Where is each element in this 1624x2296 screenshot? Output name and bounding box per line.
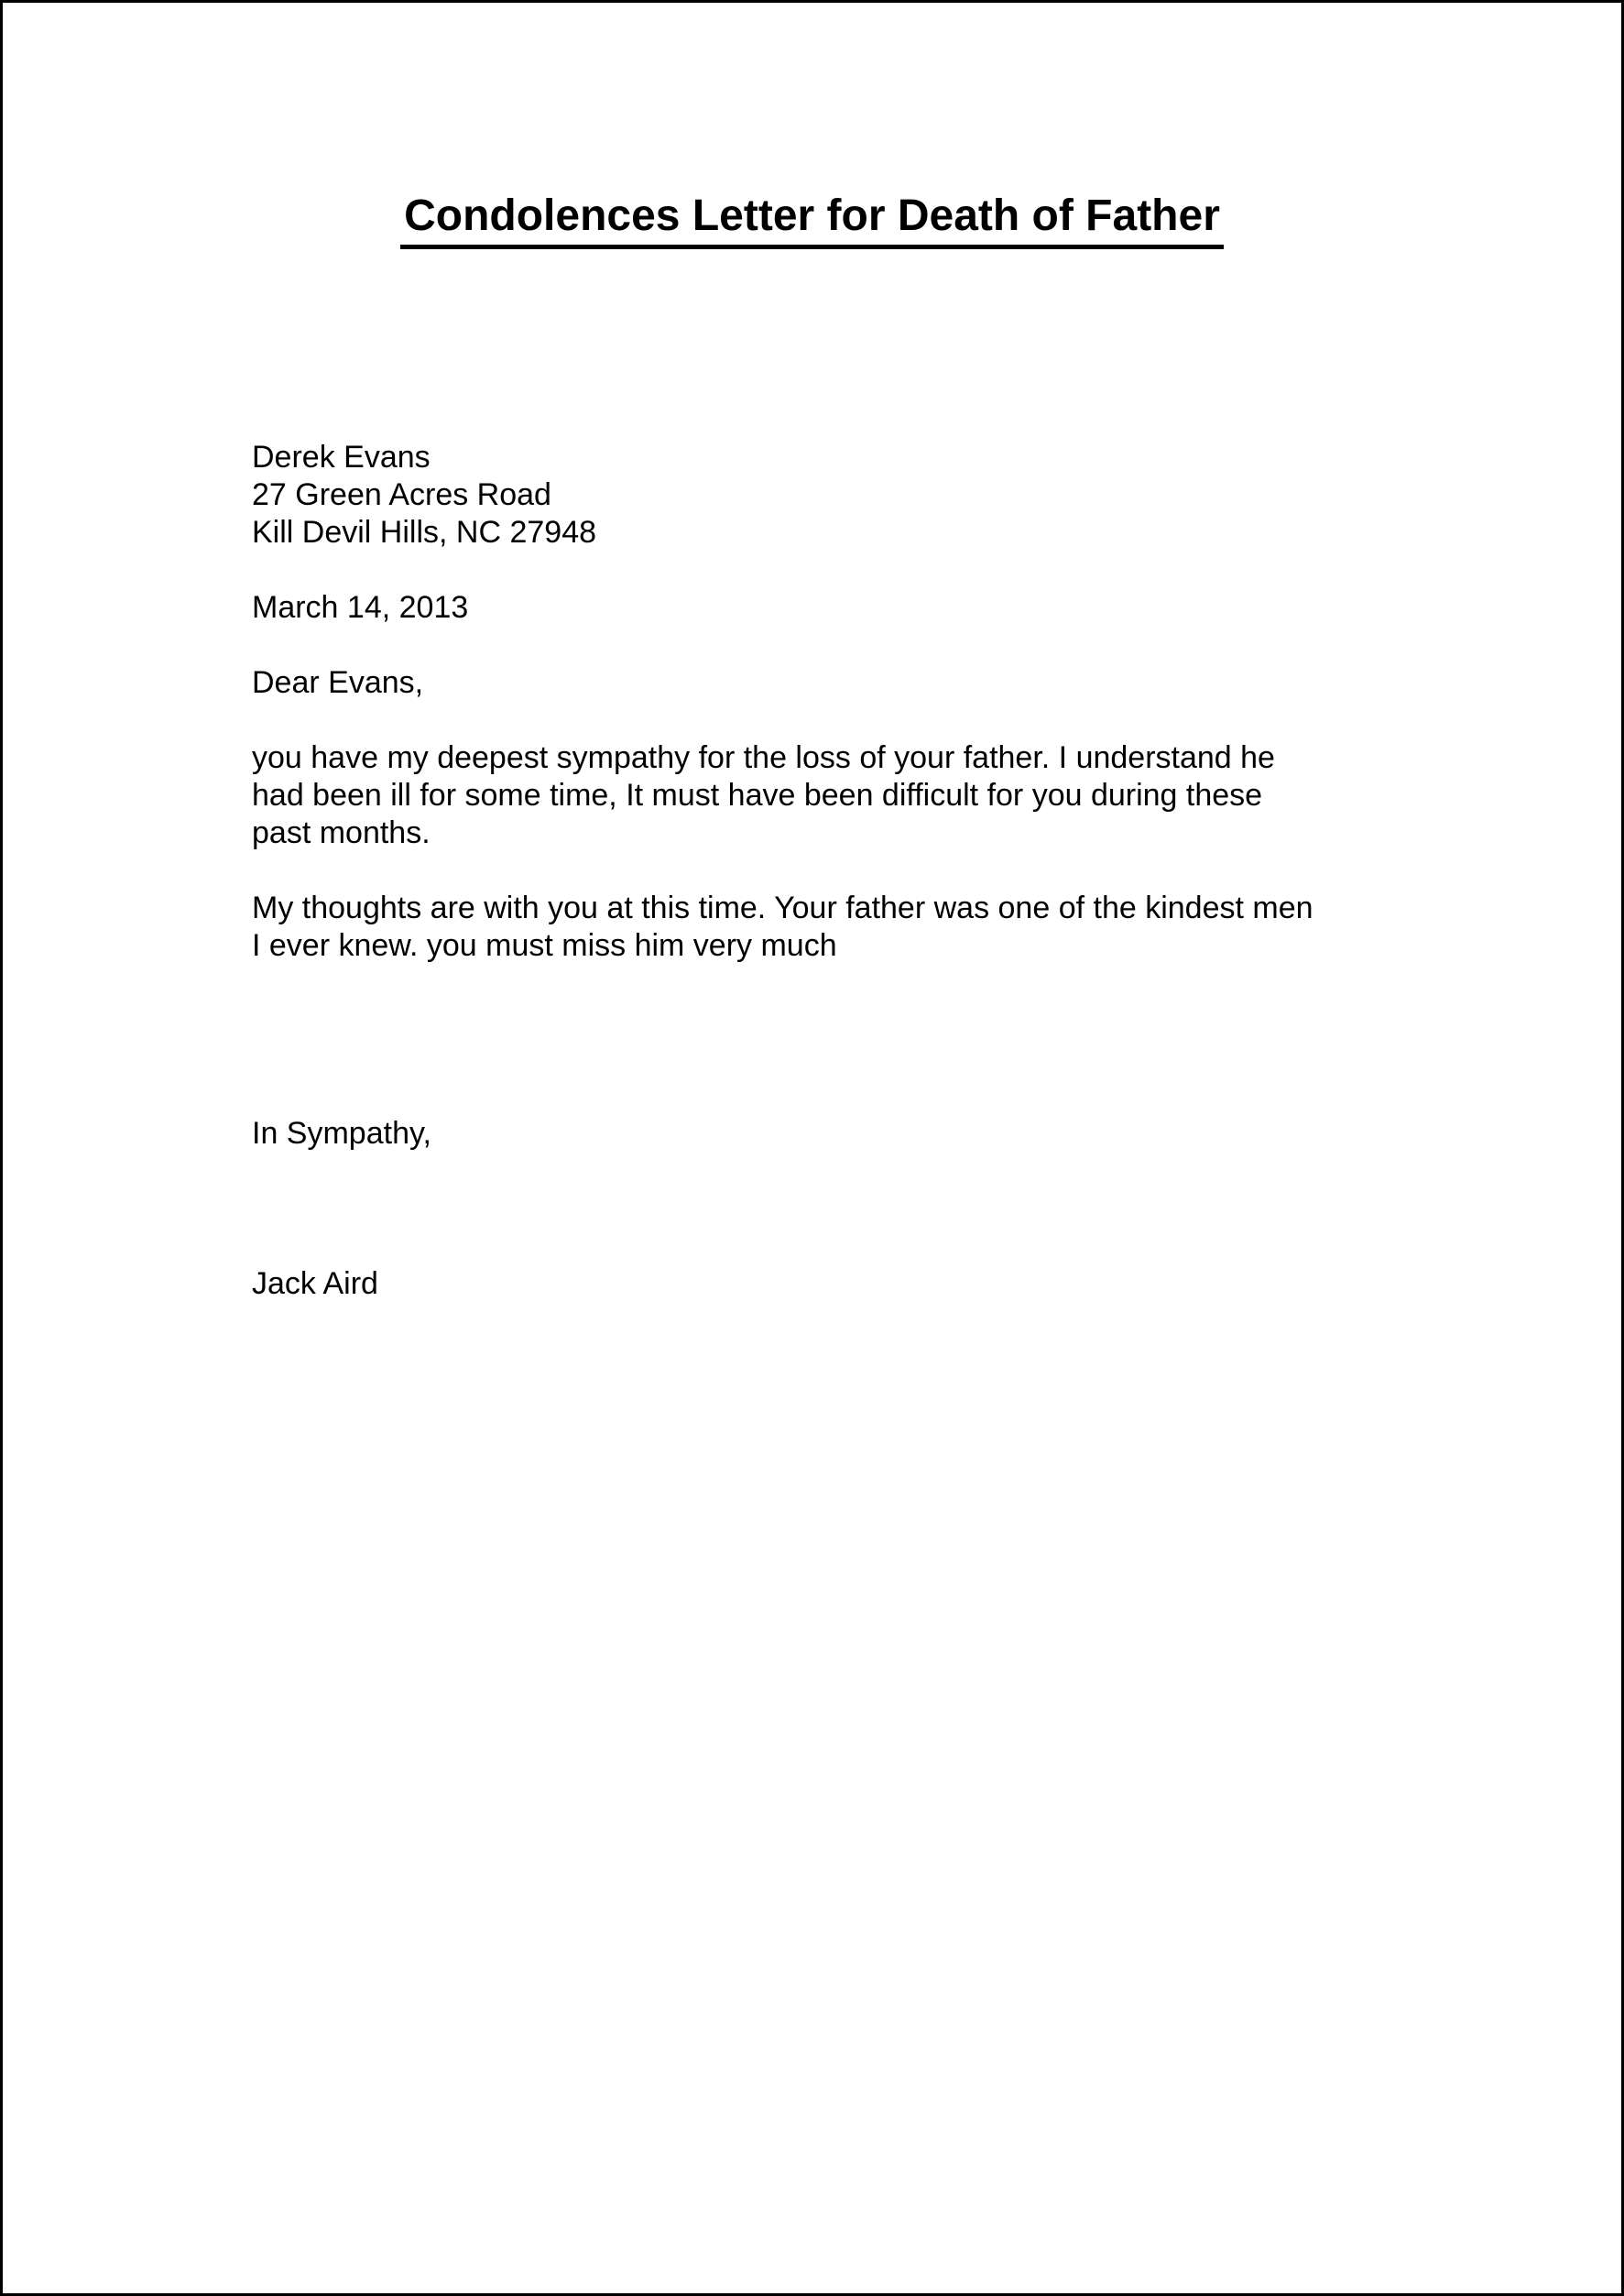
- paragraph-2-line-1: My thoughts are with you at this time. Y…: [252, 890, 1342, 927]
- spacer-line: [252, 965, 1342, 1002]
- letter-page: Condolences Letter for Death of Father D…: [0, 0, 1624, 2296]
- salutation: Dear Evans,: [252, 664, 1342, 702]
- spacer-line: [252, 1040, 1342, 1077]
- spacer-line: [252, 1228, 1342, 1265]
- recipient-address-line-2: Kill Devil Hills, NC 27948: [252, 514, 1342, 552]
- spacer-line: [252, 1077, 1342, 1115]
- spacer-line: [252, 1153, 1342, 1190]
- paragraph-1-line-3: past months.: [252, 815, 1342, 852]
- recipient-name: Derek Evans: [252, 439, 1342, 476]
- spacer-line: [252, 1002, 1342, 1040]
- spacer-line: [252, 552, 1342, 589]
- closing: In Sympathy,: [252, 1115, 1342, 1153]
- spacer-line: [252, 627, 1342, 664]
- letter-date: March 14, 2013: [252, 589, 1342, 627]
- letter-body: Derek Evans 27 Green Acres Road Kill Dev…: [252, 439, 1342, 1303]
- spacer-line: [252, 852, 1342, 890]
- spacer-line: [252, 1190, 1342, 1228]
- recipient-address-line-1: 27 Green Acres Road: [252, 476, 1342, 514]
- paragraph-1-line-2: had been ill for some time, It must have…: [252, 777, 1342, 815]
- paragraph-1-line-1: you have my deepest sympathy for the los…: [252, 739, 1342, 777]
- page-title: Condolences Letter for Death of Father: [400, 192, 1224, 249]
- spacer-line: [252, 702, 1342, 739]
- paragraph-2-line-2: I ever knew. you must miss him very much: [252, 927, 1342, 965]
- title-container: Condolences Letter for Death of Father: [3, 192, 1621, 249]
- signature: Jack Aird: [252, 1265, 1342, 1303]
